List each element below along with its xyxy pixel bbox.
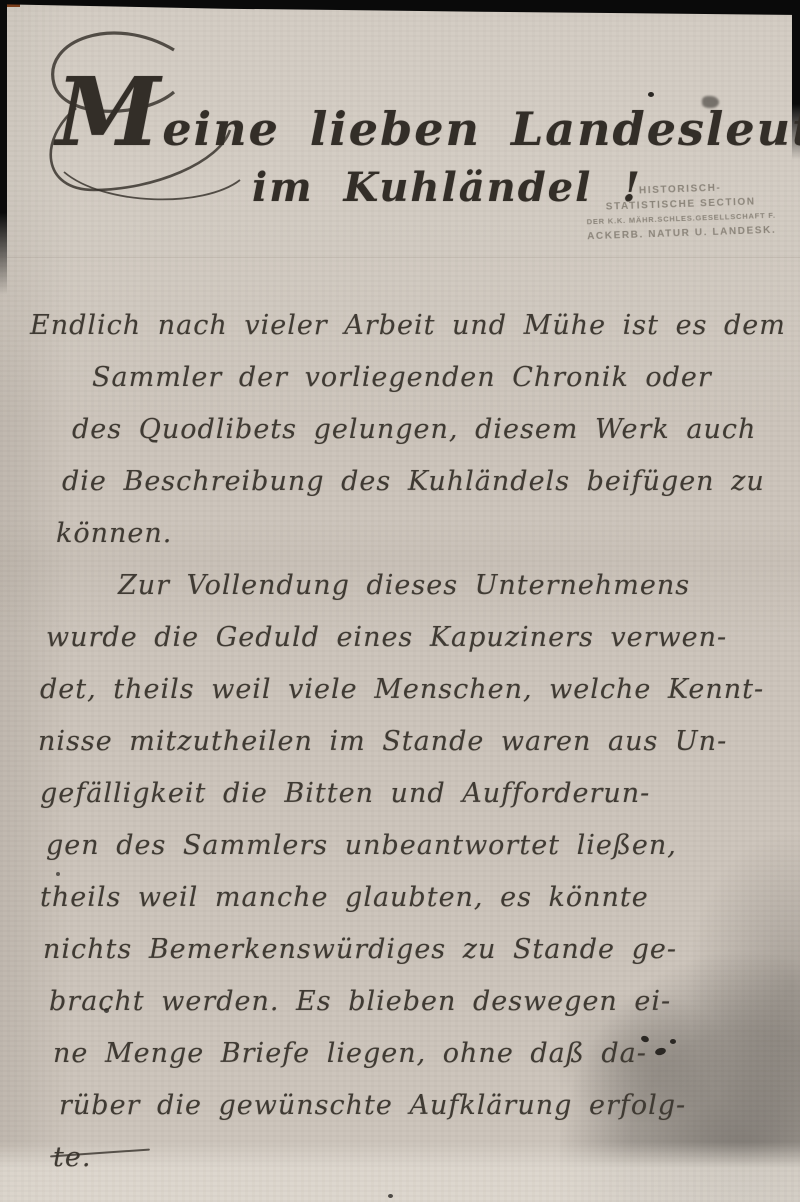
manuscript-line: bracht werden. Es blieben deswegen ei- <box>49 976 788 1028</box>
manuscript-line: ne Menge Briefe liegen, ohne daß da- <box>53 1028 788 1080</box>
title-line-1: Meine lieben Landesleute ! <box>56 66 800 160</box>
manuscript-line: gen des Sammlers unbeantwortet ließen, <box>46 820 788 872</box>
manuscript-line: nisse mitzutheilen im Stande waren aus U… <box>38 716 788 768</box>
manuscript-line: die Beschreibung des Kuhländels beifügen… <box>62 456 788 508</box>
ink-fleck <box>104 1008 109 1013</box>
manuscript-page: Meine lieben Landesleute ! im Kuhländel … <box>0 0 800 1202</box>
manuscript-line: Zur Vollendung dieses Unternehmens <box>118 560 788 612</box>
paper-crease-line <box>0 257 800 258</box>
scan-border-left <box>0 0 7 295</box>
ink-fleck <box>56 872 60 876</box>
ink-fleck <box>234 124 237 127</box>
manuscript-line: können. <box>56 508 788 560</box>
manuscript-line: det, theils weil viele Menschen, welche … <box>40 664 788 716</box>
manuscript-line: theils weil manche glaubten, es könnte <box>40 872 788 924</box>
ink-blot <box>648 92 654 97</box>
ink-blot <box>670 1039 676 1044</box>
manuscript-line: Sammler der vorliegenden Chronik oder <box>92 352 788 404</box>
manuscript-body: Endlich nach vieler Arbeit und Mühe ist … <box>30 300 788 1184</box>
manuscript-line: rüber die gewünschte Aufklärung erfolg- <box>59 1080 788 1132</box>
scan-border-top <box>0 0 800 15</box>
manuscript-line: gefälligkeit die Bitten und Aufforderun- <box>40 768 788 820</box>
manuscript-line: wurde die Geduld eines Kapuziners verwen… <box>46 612 788 664</box>
manuscript-line: des Quodlibets gelungen, diesem Werk auc… <box>72 404 788 456</box>
archive-stamp: HISTORISCH-STATISTISCHE SECTIONDER K.K. … <box>577 179 785 244</box>
ink-fleck <box>388 1194 393 1198</box>
manuscript-line: te. <box>53 1132 788 1184</box>
ink-smudge <box>702 96 719 108</box>
manuscript-line: nichts Bemerkenswürdiges zu Stande ge- <box>43 924 788 976</box>
manuscript-line: Endlich nach vieler Arbeit und Mühe ist … <box>30 300 788 352</box>
